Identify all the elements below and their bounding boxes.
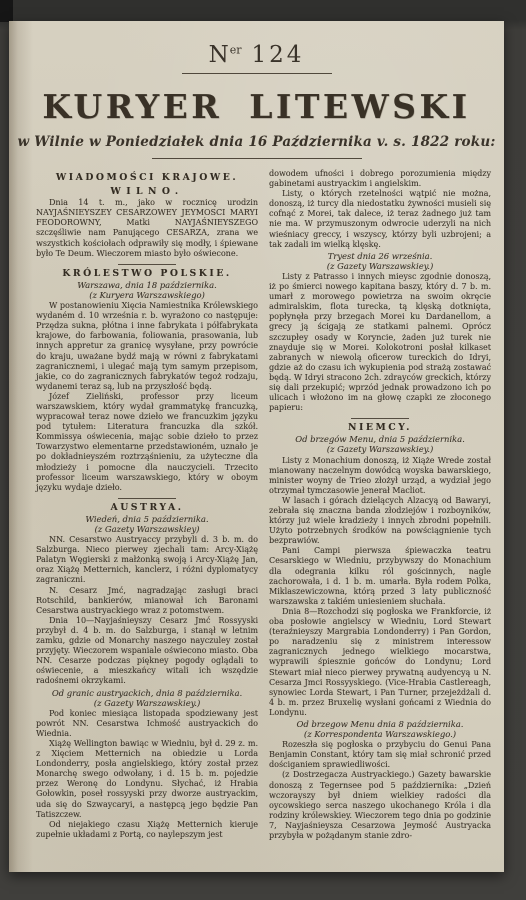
scan-artifact (0, 0, 13, 22)
article-dateline: Wiedeń, dnia 5 października. (36, 514, 258, 524)
article-paragraph: Dnia 14 t. m., jako w rocznicę urodzin N… (36, 198, 258, 259)
section-heading-krolestwo-polskie: KRÓLESTWO POLSKIE. (36, 269, 258, 279)
article-source: (z Gazety Warszawskiey.) (269, 444, 491, 454)
article-paragraph: W postanowieniu Xięcia Namiestnika Króle… (36, 301, 258, 392)
article-paragraph: Listy z Monachium donoszą, iż Xiąże Wred… (269, 456, 491, 496)
section-divider (118, 498, 176, 499)
article-source: (z Gazety Warszawskiey.) (36, 698, 258, 708)
section-heading-wilno: WILNO. (36, 187, 258, 197)
issue-superscript: er (230, 43, 242, 56)
section-divider (351, 418, 409, 419)
left-column: WIADOMOŚCI KRAJOWE. WILNO. Dnia 14 t. m.… (36, 169, 258, 841)
masthead-dateline: w Wilnie w Poniedziałek dnia 16 Paździer… (9, 134, 504, 150)
article-paragraph: Dnia 10—Nayjaśnieyszy Cesarz Jmć Rossyys… (36, 616, 258, 687)
article-source: (z Kuryera Warszawskiego) (36, 290, 258, 300)
section-heading-austrya: AUSTRYA. (36, 503, 258, 513)
article-paragraph: Józef Zieliński, professor przy liceum w… (36, 392, 258, 493)
article-paragraph: Xiążę Wellington bawiąc w Wiedniu, był d… (36, 739, 258, 820)
article-paragraph: Pani Campi pierwsza śpiewaczka teatru Ce… (269, 546, 491, 607)
article-dateline: Od brzegów Menu, dnia 5 października. (269, 434, 491, 444)
article-dateline: Tryest dnia 26 września. (269, 251, 491, 261)
article-paragraph: Od niejakiego czasu Xiążę Metternich kie… (36, 820, 258, 840)
issue-prefix: N (209, 42, 230, 68)
section-heading-wiadomosci-krajowe: WIADOMOŚCI KRAJOWE. (36, 173, 258, 183)
article-dateline: Od granic austryackich, dnia 8 październ… (36, 688, 258, 698)
article-paragraph: Listy z Patrasso i innych mieysc zgodnie… (269, 272, 491, 413)
issue-num-value: 124 (252, 42, 305, 68)
article-source: (z Gazety Warszawskiey) (36, 524, 258, 534)
article-paragraph: NN. Cesarstwo Austryaccy przybyli d. 3 b… (36, 535, 258, 585)
article-paragraph: Pod koniec miesiąca listopada spodziewan… (36, 709, 258, 739)
article-paragraph: W lasach i górach dzielących Alzacyą od … (269, 496, 491, 546)
newspaper-page: Ner124 KURYER LITEWSKI w Wilnie w Ponied… (9, 21, 504, 872)
article-source: (z Gazety Warszawskiey.) (269, 261, 491, 271)
section-heading-niemcy: NIEMCY. (269, 423, 491, 433)
article-dateline: Od brzegow Menu dnia 8 października. (269, 719, 491, 729)
newspaper-title: KURYER LITEWSKI (9, 87, 504, 126)
article-paragraph: Rozeszła się pogłoska o przybyciu do Gen… (269, 740, 491, 770)
article-paragraph: dowodem ufności i dobrego porozumienia m… (269, 169, 491, 189)
scan-background: Ner124 KURYER LITEWSKI w Wilnie w Ponied… (0, 0, 526, 900)
article-paragraph: Dnia 8—Rozchodzi się pogłoska we Frankfo… (269, 607, 491, 718)
article-dateline: Warszawa, dnia 18 października. (36, 280, 258, 290)
issue-number: Ner124 (9, 42, 504, 68)
article-columns: WIADOMOŚCI KRAJOWE. WILNO. Dnia 14 t. m.… (9, 159, 504, 841)
article-paragraph: N. Cesarz Jmć, nagradzając zasługi braci… (36, 586, 258, 616)
section-divider (118, 264, 176, 265)
article-paragraph: Listy, o których rzetelności wątpić nie … (269, 189, 491, 250)
masthead-rule-top (182, 73, 332, 74)
article-paragraph: (z Dostrzegacza Austryackiego.) Gazety b… (269, 770, 491, 841)
article-source: (z Korrespondenta Warszawskiego.) (269, 729, 491, 739)
masthead: Ner124 KURYER LITEWSKI w Wilnie w Ponied… (9, 42, 504, 159)
right-column: dowodem ufności i dobrego porozumienia m… (269, 169, 491, 841)
